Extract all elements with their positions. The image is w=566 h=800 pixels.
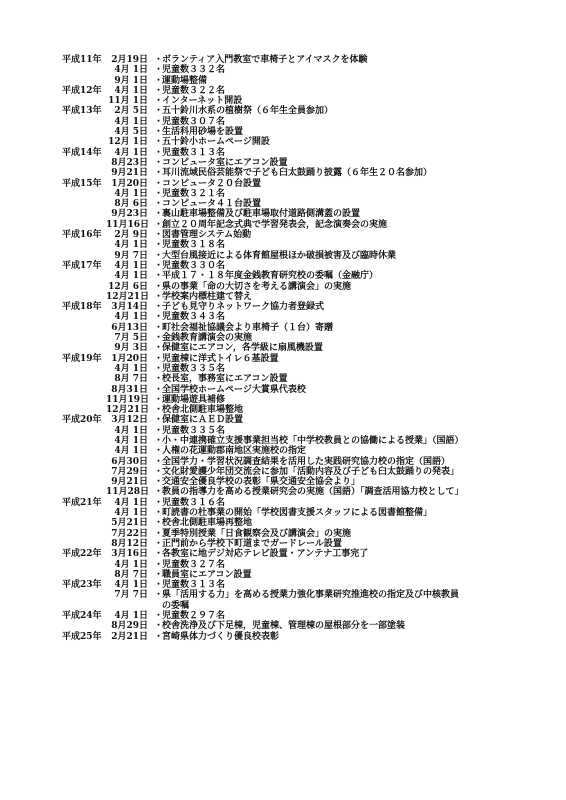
entry-text: 児童数３１３名 bbox=[162, 580, 542, 590]
history-entry: 8月31日・全国学校ホームページ大賞県代表校 bbox=[62, 385, 542, 395]
entry-text: ボランティア入門教室で車椅子とアイマスクを体験 bbox=[162, 55, 542, 65]
history-entry: 8月 6日・コンピュータ４１台設置 bbox=[62, 199, 542, 209]
bullet-icon: ・ bbox=[154, 106, 162, 116]
entry-date: 4月 1日 bbox=[106, 271, 154, 281]
era-year bbox=[62, 137, 106, 147]
entry-text: 児童数３４３名 bbox=[162, 312, 542, 322]
era-year: 平成18年 bbox=[62, 302, 106, 312]
entry-text: 文化財愛護少年団交流会に参加「活動内容及び子ども臼太鼓踊りの発表」 bbox=[162, 467, 542, 477]
entry-date: 4月 1日 bbox=[106, 117, 154, 127]
bullet-icon: ・ bbox=[154, 487, 162, 497]
entry-date: 8月 7日 bbox=[106, 374, 154, 384]
history-entry: 7月 5日・金銭教育講演会の実施 bbox=[62, 333, 542, 343]
bullet-icon: ・ bbox=[154, 158, 162, 168]
entry-text: 図書管理システム始動 bbox=[162, 230, 542, 240]
bullet-icon: ・ bbox=[154, 261, 162, 271]
era-year bbox=[62, 65, 106, 75]
entry-date: 4月 1日 bbox=[106, 508, 154, 518]
entry-text: コンピュータ２０台設置 bbox=[162, 179, 542, 189]
entry-text: 金銭教育講演会の実施 bbox=[162, 333, 542, 343]
bullet-icon: ・ bbox=[154, 302, 162, 312]
bullet-icon: ・ bbox=[154, 570, 162, 580]
entry-text: 児童数３２７名 bbox=[162, 560, 542, 570]
entry-text: 町社会福祉協議会より車椅子（１台）寄贈 bbox=[162, 323, 542, 333]
bullet-icon: ・ bbox=[154, 611, 162, 621]
entry-date: 4月 1日 bbox=[106, 240, 154, 250]
era-year: 平成22年 bbox=[62, 549, 106, 559]
era-year bbox=[62, 385, 106, 395]
history-entry: 11月 1日・インターネット開設 bbox=[62, 96, 542, 106]
bullet-icon: ・ bbox=[154, 137, 162, 147]
history-entry: 平成25年2月21日・宮崎県体力づくり優良校表彰 bbox=[62, 632, 542, 642]
era-year bbox=[62, 158, 106, 168]
history-entry: 平成22年3月16日・各教室に地デジ対応テレビ設置・アンテナ工事完了 bbox=[62, 549, 542, 559]
era-year bbox=[62, 621, 106, 631]
era-year bbox=[62, 590, 106, 600]
era-year bbox=[62, 508, 106, 518]
entry-text: 県の事業「命の大切さを考える講演会」の実施 bbox=[162, 282, 542, 292]
entry-text: の委嘱 bbox=[162, 601, 542, 611]
history-entry: 12月 1日・五十鈴小ホームページ開設 bbox=[62, 137, 542, 147]
history-entry: 4月 1日・児童数３３５名 bbox=[62, 364, 542, 374]
history-entry: 4月 1日・児童数３２１名 bbox=[62, 189, 542, 199]
history-entry: 平成14年4月 1日・児童数３１３名 bbox=[62, 148, 542, 158]
bullet-icon: ・ bbox=[154, 168, 162, 178]
entry-text: 運動場遊具補修 bbox=[162, 395, 542, 405]
era-year: 平成25年 bbox=[62, 632, 106, 642]
school-history-document: 平成11年2月19日・ボランティア入門教室で車椅子とアイマスクを体験4月 1日・… bbox=[62, 55, 542, 642]
entry-text: 生活科用砂場を設置 bbox=[162, 127, 542, 137]
bullet-icon: ・ bbox=[154, 148, 162, 158]
bullet-icon: ・ bbox=[154, 333, 162, 343]
bullet-icon: ・ bbox=[154, 127, 162, 137]
history-entry: 平成16年2月 9日・図書管理システム始動 bbox=[62, 230, 542, 240]
history-entry: 平成19年1月20日・児童棟に洋式トイレ６基設置 bbox=[62, 354, 542, 364]
history-entry: 8月 7日・職員室にエアコン設置 bbox=[62, 570, 542, 580]
bullet-icon: ・ bbox=[154, 549, 162, 559]
history-entry: 4月 1日・児童数３０７名 bbox=[62, 117, 542, 127]
entry-date: 8月31日 bbox=[106, 385, 154, 395]
entry-text: 教員の指導力を高める授業研究会の実施（国語）「調査活用協力校として」 bbox=[162, 487, 542, 497]
entry-date: 4月 1日 bbox=[106, 65, 154, 75]
era-year: 平成16年 bbox=[62, 230, 106, 240]
entry-date: 2月 5日 bbox=[106, 106, 154, 116]
bullet-icon: ・ bbox=[154, 415, 162, 425]
history-entry: 11月19日・運動場遊具補修 bbox=[62, 395, 542, 405]
entry-date: 12月 6日 bbox=[106, 282, 154, 292]
entry-date: 4月 1日 bbox=[106, 312, 154, 322]
history-entry: 9月 7日・大型台風接近による体育館屋根ほか破損被害及び臨時休業 bbox=[62, 251, 542, 261]
entry-date: 12月 1日 bbox=[106, 137, 154, 147]
entry-text: 校舎北側駐車場整地 bbox=[162, 405, 542, 415]
history-entry: 平成15年1月20日・コンピュータ２０台設置 bbox=[62, 179, 542, 189]
era-year bbox=[62, 117, 106, 127]
history-entry: 4月 5日・生活科用砂場を設置 bbox=[62, 127, 542, 137]
history-entry: 9月21日・交通安全優良学校の表彰「県交通安全協会より」 bbox=[62, 477, 542, 487]
era-year bbox=[62, 426, 106, 436]
entry-text: 児童数３２２名 bbox=[162, 86, 542, 96]
entry-text: 校長室，事務室にエアコン設置 bbox=[162, 374, 542, 384]
era-year: 平成17年 bbox=[62, 261, 106, 271]
entry-date: 6月30日 bbox=[106, 457, 154, 467]
history-entry: 4月 1日・町読書の杜事業の開始「学校図書支援スタッフによる図書館整備」 bbox=[62, 508, 542, 518]
era-year bbox=[62, 518, 106, 528]
entry-text: 人権の花運動郡南地区実施校の指定 bbox=[162, 446, 542, 456]
entry-date: 4月 1日 bbox=[106, 611, 154, 621]
bullet-icon: ・ bbox=[154, 354, 162, 364]
era-year: 平成23年 bbox=[62, 580, 106, 590]
history-entry: 9月 3日・保健室にエアコン，各学級に扇風機設置 bbox=[62, 343, 542, 353]
entry-date: 8月29日 bbox=[106, 621, 154, 631]
era-year bbox=[62, 343, 106, 353]
bullet-icon: ・ bbox=[154, 446, 162, 456]
entry-text: 小・中連携確立支援事業担当校「中学校教員との協働による授業」（国語） bbox=[162, 436, 542, 446]
history-entry: 4月 1日・児童数３３２名 bbox=[62, 65, 542, 75]
bullet-icon: ・ bbox=[154, 282, 162, 292]
entry-date: 11月 1日 bbox=[106, 96, 154, 106]
bullet-icon: ・ bbox=[154, 251, 162, 261]
entry-text: 正門前から学校下町道までガードレール設置 bbox=[162, 539, 542, 549]
history-entry: 7月29日・文化財愛護少年団交流会に参加「活動内容及び子ども臼太鼓踊りの発表」 bbox=[62, 467, 542, 477]
entry-date: 7月 5日 bbox=[106, 333, 154, 343]
history-entry: 8月 7日・校長室，事務室にエアコン設置 bbox=[62, 374, 542, 384]
bullet-icon: ・ bbox=[154, 621, 162, 631]
entry-text: 児童数２９７名 bbox=[162, 611, 542, 621]
entry-date: 7月22日 bbox=[106, 529, 154, 539]
entry-date: 8月23日 bbox=[106, 158, 154, 168]
entry-text: インターネット開設 bbox=[162, 96, 542, 106]
entry-date: 4月 1日 bbox=[106, 436, 154, 446]
entry-text: 全国学校ホームページ大賞県代表校 bbox=[162, 385, 542, 395]
history-entry: 平成23年4月 1日・児童数３１３名 bbox=[62, 580, 542, 590]
entry-text: 児童数３３５名 bbox=[162, 364, 542, 374]
era-year bbox=[62, 601, 106, 611]
era-year bbox=[62, 405, 106, 415]
entry-date: 2月19日 bbox=[106, 55, 154, 65]
bullet-icon: ・ bbox=[154, 312, 162, 322]
history-entry: 平成11年2月19日・ボランティア入門教室で車椅子とアイマスクを体験 bbox=[62, 55, 542, 65]
entry-date: 3月14日 bbox=[106, 302, 154, 312]
history-entry: 9月21日・耳川流域民俗芸能祭で子ども臼太鼓踊り披露（６年生２０名参加） bbox=[62, 168, 542, 178]
era-year bbox=[62, 395, 106, 405]
history-entry: 4月 1日・人権の花運動郡南地区実施校の指定 bbox=[62, 446, 542, 456]
era-year bbox=[62, 374, 106, 384]
era-year bbox=[62, 251, 106, 261]
entry-text: 職員室にエアコン設置 bbox=[162, 570, 542, 580]
entry-date: 4月 1日 bbox=[106, 498, 154, 508]
entry-text: 児童数３０７名 bbox=[162, 117, 542, 127]
entry-date: 8月 7日 bbox=[106, 570, 154, 580]
history-entry: 平成18年3月14日・子ども見守りネットワーク協力者登録式 bbox=[62, 302, 542, 312]
bullet-icon: ・ bbox=[154, 477, 162, 487]
entry-text: 児童数３２１名 bbox=[162, 189, 542, 199]
era-year: 平成12年 bbox=[62, 86, 106, 96]
entry-date: 8月12日 bbox=[106, 539, 154, 549]
entry-date: 4月 1日 bbox=[106, 446, 154, 456]
bullet-icon: ・ bbox=[154, 539, 162, 549]
entry-text: 児童棟に洋式トイレ６基設置 bbox=[162, 354, 542, 364]
entry-text: コンピュータ室にエアコン設置 bbox=[162, 158, 542, 168]
era-year bbox=[62, 168, 106, 178]
era-year bbox=[62, 209, 106, 219]
bullet-icon: ・ bbox=[154, 590, 162, 600]
entry-date: 1月20日 bbox=[106, 179, 154, 189]
bullet-icon: ・ bbox=[154, 65, 162, 75]
entry-date: 8月 6日 bbox=[106, 199, 154, 209]
bullet-icon: ・ bbox=[154, 374, 162, 384]
entry-date: 11月28日 bbox=[106, 487, 154, 497]
era-year bbox=[62, 446, 106, 456]
entry-date: 7月29日 bbox=[106, 467, 154, 477]
bullet-icon: ・ bbox=[154, 292, 162, 302]
era-year: 平成19年 bbox=[62, 354, 106, 364]
era-year bbox=[62, 487, 106, 497]
bullet-icon: ・ bbox=[154, 96, 162, 106]
bullet-icon: ・ bbox=[154, 220, 162, 230]
entry-text: 宮崎県体力づくり優良校表彰 bbox=[162, 632, 542, 642]
entry-date: 2月 9日 bbox=[106, 230, 154, 240]
bullet-icon: ・ bbox=[154, 436, 162, 446]
era-year bbox=[62, 570, 106, 580]
bullet-icon bbox=[154, 601, 162, 611]
entry-text: 子ども見守りネットワーク協力者登録式 bbox=[162, 302, 542, 312]
entry-text: 児童数３１８名 bbox=[162, 240, 542, 250]
era-year bbox=[62, 76, 106, 86]
history-entry: 12月21日・学校案内標柱建て替え bbox=[62, 292, 542, 302]
history-entry-continuation: の委嘱 bbox=[62, 601, 542, 611]
history-entry: 5月21日・校舎北側駐車場再整地 bbox=[62, 518, 542, 528]
era-year bbox=[62, 436, 106, 446]
bullet-icon: ・ bbox=[154, 117, 162, 127]
entry-text: 五十鈴川水系の植樹祭（６年生全員参加） bbox=[162, 106, 542, 116]
era-year bbox=[62, 220, 106, 230]
bullet-icon: ・ bbox=[154, 55, 162, 65]
entry-date: 11月19日 bbox=[106, 395, 154, 405]
era-year: 平成11年 bbox=[62, 55, 106, 65]
entry-text: コンピュータ４１台設置 bbox=[162, 199, 542, 209]
bullet-icon: ・ bbox=[154, 426, 162, 436]
entry-text: 五十鈴小ホームページ開設 bbox=[162, 137, 542, 147]
bullet-icon: ・ bbox=[154, 230, 162, 240]
entry-date: 9月 1日 bbox=[106, 76, 154, 86]
history-entry: 平成12年4月 1日・児童数３２２名 bbox=[62, 86, 542, 96]
entry-date: 4月 1日 bbox=[106, 86, 154, 96]
entry-date: 7月 7日 bbox=[106, 590, 154, 600]
entry-text: 児童数３３５名 bbox=[162, 426, 542, 436]
entry-text: 創立２０周年記念式典で学習発表会，記念演奏会の実施 bbox=[162, 220, 542, 230]
entry-text: 保健室にエアコン，各学級に扇風機設置 bbox=[162, 343, 542, 353]
entry-text: 町読書の杜事業の開始「学校図書支援スタッフによる図書館整備」 bbox=[162, 508, 542, 518]
bullet-icon: ・ bbox=[154, 467, 162, 477]
entry-date: 9月21日 bbox=[106, 168, 154, 178]
entry-date: 12月21日 bbox=[106, 292, 154, 302]
entry-date: 4月 1日 bbox=[106, 580, 154, 590]
era-year: 平成15年 bbox=[62, 179, 106, 189]
entry-text: 学校案内標柱建て替え bbox=[162, 292, 542, 302]
era-year: 平成14年 bbox=[62, 148, 106, 158]
entry-date bbox=[106, 601, 154, 611]
era-year bbox=[62, 457, 106, 467]
era-year bbox=[62, 96, 106, 106]
bullet-icon: ・ bbox=[154, 395, 162, 405]
bullet-icon: ・ bbox=[154, 240, 162, 250]
history-entry: 8月29日・校舎洗浄及び下足棟，児童棟、管理棟の屋根部分を一部塗装 bbox=[62, 621, 542, 631]
entry-text: 全国学力・学習状況調査結果を活用した実践研究協力校の指定（国語） bbox=[162, 457, 542, 467]
bullet-icon: ・ bbox=[154, 632, 162, 642]
entry-date: 9月 3日 bbox=[106, 343, 154, 353]
entry-date: 4月 1日 bbox=[106, 364, 154, 374]
bullet-icon: ・ bbox=[154, 498, 162, 508]
entry-date: 4月 1日 bbox=[106, 560, 154, 570]
entry-date: 9月23日 bbox=[106, 209, 154, 219]
history-entry: 4月 1日・児童数３２７名 bbox=[62, 560, 542, 570]
bullet-icon: ・ bbox=[154, 529, 162, 539]
history-entry: 4月 1日・小・中連携確立支援事業担当校「中学校教員との協働による授業」（国語） bbox=[62, 436, 542, 446]
bullet-icon: ・ bbox=[154, 179, 162, 189]
history-entry: 平成21年4月 1日・児童数３１６名 bbox=[62, 498, 542, 508]
bullet-icon: ・ bbox=[154, 189, 162, 199]
entry-text: 児童数３３２名 bbox=[162, 65, 542, 75]
entry-text: 平成１７・１８年度金銭教育研究校の委嘱（金融庁） bbox=[162, 271, 542, 281]
era-year bbox=[62, 127, 106, 137]
history-entry: 6月30日・全国学力・学習状況調査結果を活用した実践研究協力校の指定（国語） bbox=[62, 457, 542, 467]
history-entry: 7月 7日・県「活用する力」を高める授業力強化事業研究推進校の指定及び中核教員 bbox=[62, 590, 542, 600]
entry-date: 12月21日 bbox=[106, 405, 154, 415]
bullet-icon: ・ bbox=[154, 323, 162, 333]
era-year bbox=[62, 199, 106, 209]
entry-text: 校舎北側駐車場再整地 bbox=[162, 518, 542, 528]
entry-date: 4月 1日 bbox=[106, 148, 154, 158]
entry-text: 児童数３１６名 bbox=[162, 498, 542, 508]
entry-text: 児童数３１３名 bbox=[162, 148, 542, 158]
history-entry: 8月12日・正門前から学校下町道までガードレール設置 bbox=[62, 539, 542, 549]
era-year: 平成24年 bbox=[62, 611, 106, 621]
bullet-icon: ・ bbox=[154, 518, 162, 528]
entry-text: 校舎洗浄及び下足棟，児童棟、管理棟の屋根部分を一部塗装 bbox=[162, 621, 542, 631]
era-year bbox=[62, 271, 106, 281]
history-entry: 平成17年4月 1日・児童数３３０名 bbox=[62, 261, 542, 271]
entry-date: 2月21日 bbox=[106, 632, 154, 642]
entry-text: 保健室にＡＥＤ設置 bbox=[162, 415, 542, 425]
entry-date: 5月21日 bbox=[106, 518, 154, 528]
entry-date: 3月12日 bbox=[106, 415, 154, 425]
entry-date: 1月20日 bbox=[106, 354, 154, 364]
history-entry: 4月 1日・平成１７・１８年度金銭教育研究校の委嘱（金融庁） bbox=[62, 271, 542, 281]
entry-text: 裏山駐車場整備及び駐車場取付道路側溝蓋の設置 bbox=[162, 209, 542, 219]
history-entry: 9月 1日・運動場整備 bbox=[62, 76, 542, 86]
bullet-icon: ・ bbox=[154, 364, 162, 374]
era-year bbox=[62, 529, 106, 539]
era-year bbox=[62, 467, 106, 477]
history-entry: 12月21日・校舎北側駐車場整地 bbox=[62, 405, 542, 415]
era-year bbox=[62, 292, 106, 302]
entry-text: 夏季特別授業「日食観察会及び講演会」の実施 bbox=[162, 529, 542, 539]
entry-text: 児童数３３０名 bbox=[162, 261, 542, 271]
bullet-icon: ・ bbox=[154, 86, 162, 96]
bullet-icon: ・ bbox=[154, 199, 162, 209]
history-entry: 8月23日・コンピュータ室にエアコン設置 bbox=[62, 158, 542, 168]
entry-date: 9月21日 bbox=[106, 477, 154, 487]
entry-text: 交通安全優良学校の表彰「県交通安全協会より」 bbox=[162, 477, 542, 487]
era-year bbox=[62, 282, 106, 292]
entry-date: 4月 1日 bbox=[106, 261, 154, 271]
bullet-icon: ・ bbox=[154, 271, 162, 281]
era-year bbox=[62, 189, 106, 199]
bullet-icon: ・ bbox=[154, 580, 162, 590]
entry-text: 運動場整備 bbox=[162, 76, 542, 86]
bullet-icon: ・ bbox=[154, 343, 162, 353]
entry-text: 耳川流域民俗芸能祭で子ども臼太鼓踊り披露（６年生２０名参加） bbox=[162, 168, 542, 178]
bullet-icon: ・ bbox=[154, 405, 162, 415]
entry-date: 3月16日 bbox=[106, 549, 154, 559]
era-year bbox=[62, 364, 106, 374]
history-entry: 12月 6日・県の事業「命の大切さを考える講演会」の実施 bbox=[62, 282, 542, 292]
bullet-icon: ・ bbox=[154, 385, 162, 395]
bullet-icon: ・ bbox=[154, 560, 162, 570]
era-year: 平成21年 bbox=[62, 498, 106, 508]
history-entry: 4月 1日・児童数３４３名 bbox=[62, 312, 542, 322]
history-entry: 4月 1日・児童数３３５名 bbox=[62, 426, 542, 436]
bullet-icon: ・ bbox=[154, 508, 162, 518]
entry-date: 9月 7日 bbox=[106, 251, 154, 261]
history-entry: 平成20年3月12日・保健室にＡＥＤ設置 bbox=[62, 415, 542, 425]
era-year bbox=[62, 560, 106, 570]
history-entry: 6月13日・町社会福祉協議会より車椅子（１台）寄贈 bbox=[62, 323, 542, 333]
bullet-icon: ・ bbox=[154, 209, 162, 219]
entry-text: 各教室に地デジ対応テレビ設置・アンテナ工事完了 bbox=[162, 549, 542, 559]
entry-date: 4月 1日 bbox=[106, 426, 154, 436]
era-year bbox=[62, 312, 106, 322]
bullet-icon: ・ bbox=[154, 457, 162, 467]
bullet-icon: ・ bbox=[154, 76, 162, 86]
history-entry: 4月 1日・児童数３１８名 bbox=[62, 240, 542, 250]
era-year: 平成13年 bbox=[62, 106, 106, 116]
entry-date: 4月 5日 bbox=[106, 127, 154, 137]
history-entry: 9月23日・裏山駐車場整備及び駐車場取付道路側溝蓋の設置 bbox=[62, 209, 542, 219]
era-year bbox=[62, 539, 106, 549]
entry-date: 4月 1日 bbox=[106, 189, 154, 199]
era-year: 平成20年 bbox=[62, 415, 106, 425]
history-entry: 11月16日・創立２０周年記念式典で学習発表会，記念演奏会の実施 bbox=[62, 220, 542, 230]
era-year bbox=[62, 323, 106, 333]
entry-text: 県「活用する力」を高める授業力強化事業研究推進校の指定及び中核教員 bbox=[162, 590, 542, 600]
history-entry: 平成13年2月 5日・五十鈴川水系の植樹祭（６年生全員参加） bbox=[62, 106, 542, 116]
entry-date: 11月16日 bbox=[106, 220, 154, 230]
era-year bbox=[62, 240, 106, 250]
era-year bbox=[62, 477, 106, 487]
entry-text: 大型台風接近による体育館屋根ほか破損被害及び臨時休業 bbox=[162, 251, 542, 261]
entry-date: 6月13日 bbox=[106, 323, 154, 333]
era-year bbox=[62, 333, 106, 343]
history-entry: 7月22日・夏季特別授業「日食観察会及び講演会」の実施 bbox=[62, 529, 542, 539]
history-entry: 11月28日・教員の指導力を高める授業研究会の実施（国語）「調査活用協力校として… bbox=[62, 487, 542, 497]
history-entry: 平成24年4月 1日・児童数２９７名 bbox=[62, 611, 542, 621]
